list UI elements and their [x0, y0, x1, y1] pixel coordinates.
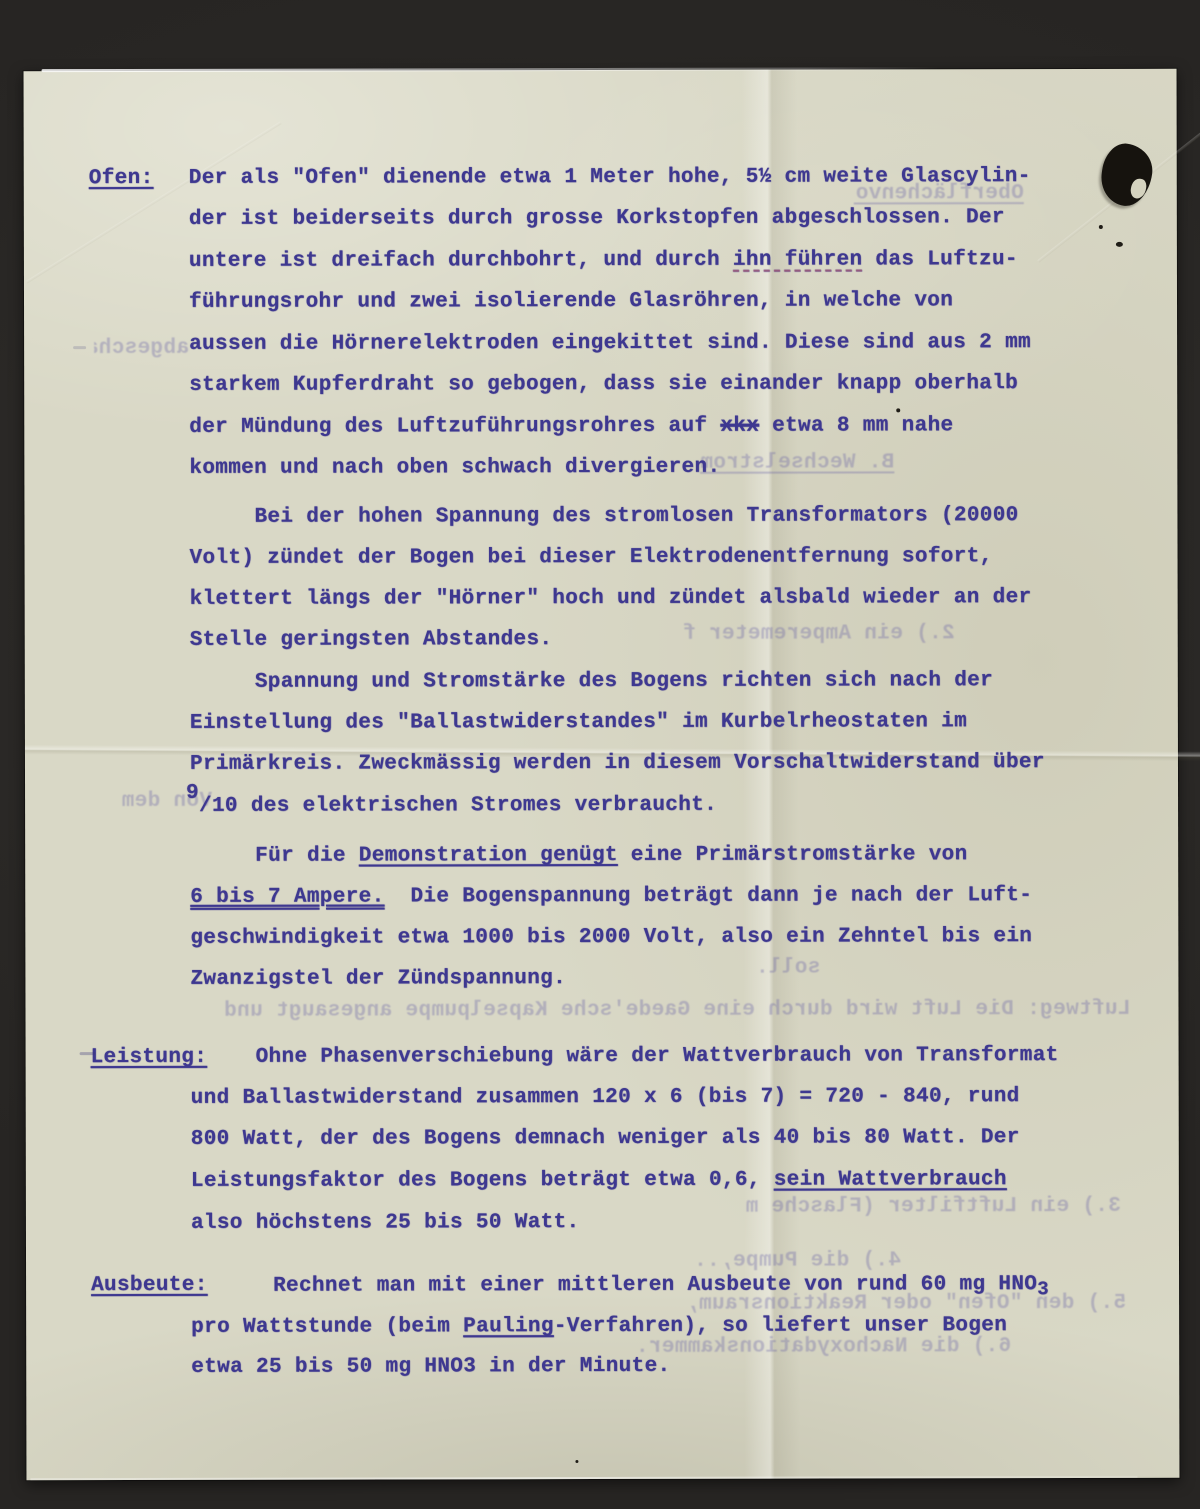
text-run: Spannung und Stromstärke des Bogens rich… [255, 669, 993, 694]
text-line: also höchstens 25 bis 50 Watt. [191, 1208, 580, 1239]
text-run: Volt) zündet der Bogen bei dieser Elektr… [190, 545, 993, 570]
text-line: der Mündung des Luftzuführungsrohres auf… [189, 411, 953, 443]
text-run: pro Wattstunde (beim [191, 1315, 463, 1339]
text-line: führungsrohr und zwei isolierende Glasrö… [189, 286, 953, 318]
text-run: /10 des elektrischen Stromes verbraucht. [199, 794, 717, 818]
ink-speck [1099, 225, 1103, 229]
text-line: 800 Watt, der des Bogens demnach weniger… [191, 1123, 1020, 1155]
text-run: untere ist dreifach durchbohrt, und durc… [189, 249, 733, 273]
ink-speck [896, 408, 900, 412]
text-line: der ist beiderseits durch grosse Korksto… [189, 203, 1005, 235]
text-line: etwa 25 bis 50 mg HNO3 in der Minute. [191, 1352, 670, 1383]
text-run: geschwindigkeit etwa 1000 bis 2000 Volt,… [190, 925, 1032, 950]
text-run: aussen die Hörnerelektroden eingekittet … [189, 331, 1031, 356]
text-run: klettert längs der "Hörner" hoch und zün… [190, 586, 1032, 611]
pen-dash-mark [80, 1052, 96, 1055]
text-line: und Ballastwiderstand zusammen 120 x 6 (… [191, 1082, 1020, 1114]
text-run: eine Primärstromstärke von [618, 843, 968, 867]
bleedthrough-layer: Oberflächenvorgabgeschal-B. Wechselstrom… [24, 69, 1177, 71]
text-line: 9/10 des elektrischen Stromes verbraucht… [186, 791, 717, 822]
text-run: Leistungsfaktor des Bogens beträgt etwa … [191, 1169, 774, 1193]
text-line: Der als "Ofen" dienende etwa 1 Meter hoh… [189, 162, 1031, 194]
text-run: und Ballastwiderstand zusammen 120 x 6 (… [191, 1085, 1020, 1110]
text-run: kommen und nach oben schwach divergieren… [189, 456, 720, 480]
text-run: Der als "Ofen" dienende etwa 1 Meter hoh… [189, 165, 1031, 190]
text-run: Demonstration genügt [359, 844, 618, 868]
text-run: 3 [1037, 1274, 1049, 1304]
bleedthrough-text: 3.) ein Luftfilter (Flasche m [746, 1195, 1121, 1219]
text-line: Bei der hohen Spannung des stromlosen Tr… [254, 501, 1018, 533]
section-label-ausbeute: Ausbeute: [91, 1271, 208, 1301]
text-line: geschwindigkeit etwa 1000 bis 2000 Volt,… [190, 922, 1032, 954]
bleedthrough-text: abgeschal- [94, 337, 189, 360]
text-line: Zwanzigstel der Zündspannung. [190, 964, 566, 995]
text-run: xkx [720, 415, 759, 438]
text-run: 800 Watt, der des Bogens demnach weniger… [191, 1126, 1020, 1151]
bleedthrough-text: Luftweg: Die Luft wird durch eine Gaede'… [130, 998, 1130, 1023]
text-run: Stelle geringsten Abstandes. [190, 628, 553, 652]
text-run: Leistung: [91, 1046, 208, 1069]
text-run: das Luftzu- [862, 248, 1017, 271]
text-line: untere ist dreifach durchbohrt, und durc… [189, 245, 1018, 277]
bleedthrough-text: B. Wechselstrom [699, 451, 894, 474]
bleedthrough-text: 2.) ein Amperemeter f [575, 622, 955, 646]
text-run: Die Bogenspannung beträgt dann je nach d… [385, 884, 1033, 908]
text-run: führungsrohr und zwei isolierende Glasrö… [189, 289, 953, 314]
text-run: Primärkreis. Zweckmässig werden in diese… [190, 751, 1045, 776]
text-run: sein Wattverbrauch [774, 1168, 1007, 1191]
text-run: etwa 8 mm nahe [759, 414, 953, 437]
text-run: Einstellung des "Ballastwiderstandes" im… [190, 710, 967, 735]
text-line: Spannung und Stromstärke des Bogens rich… [255, 666, 993, 698]
section-label-ofen: Ofen: [89, 164, 154, 194]
text-line: klettert längs der "Hörner" hoch und zün… [190, 583, 1032, 615]
text-line: Einstellung des "Ballastwiderstandes" im… [190, 707, 967, 739]
text-run: Ofen: [89, 167, 154, 190]
text-run: Ausbeute: [91, 1274, 208, 1297]
text-line: Für die Demonstration genügt eine Primär… [255, 840, 967, 871]
text-line: Rechnet man mit einer mittleren Ausbeute… [273, 1269, 1049, 1302]
text-run: 9 [186, 779, 199, 809]
text-line: Ohne Phasenverschiebung wäre der Wattver… [256, 1041, 1059, 1073]
text-run: -Verfahren), so liefert unser Bogen [554, 1314, 1007, 1338]
pen-dash-mark [73, 346, 86, 349]
text-run: Für die [255, 845, 359, 868]
text-run: also höchstens 25 bis 50 Watt. [191, 1211, 580, 1235]
ink-blot [1098, 141, 1156, 209]
text-line: Primärkreis. Zweckmässig werden in diese… [190, 748, 1045, 780]
text-line: 6 bis 7 Ampere. Die Bogenspannung beträg… [190, 881, 1032, 913]
section-label-leistung: Leistung: [91, 1043, 208, 1073]
text-run: etwa 25 bis 50 mg HNO3 in der Minute. [191, 1355, 670, 1379]
ink-speck [1116, 242, 1123, 247]
text-run: 6 bis 7 Ampere. [190, 885, 384, 908]
text-run: starkem Kupferdraht so gebogen, dass sie… [189, 372, 1018, 397]
text-run: der Mündung des Luftzuführungsrohres auf [189, 415, 720, 439]
text-run: der ist beiderseits durch grosse Korksto… [189, 206, 1005, 231]
text-line: pro Wattstunde (beim Pauling-Verfahren),… [191, 1311, 1007, 1343]
text-run: Rechnet man mit einer mittleren Ausbeute… [273, 1273, 1037, 1298]
bleedthrough-text: soll. [758, 957, 820, 980]
text-line: Leistungsfaktor des Bogens beträgt etwa … [191, 1165, 1007, 1197]
text-line: Stelle geringsten Abstandes. [190, 625, 553, 656]
typewritten-text-layer: Ofen:Der als "Ofen" dienende etwa 1 Mete… [24, 69, 1177, 71]
text-run: Zwanzigstel der Zündspannung. [190, 967, 566, 991]
ink-speck [575, 1460, 578, 1463]
text-run: Pauling [463, 1315, 554, 1338]
text-line: Volt) zündet der Bogen bei dieser Elektr… [190, 542, 993, 574]
text-run: Bei der hohen Spannung des stromlosen Tr… [254, 504, 1018, 529]
text-line: starkem Kupferdraht so gebogen, dass sie… [189, 369, 1018, 401]
paper: Oberflächenvorgabgeschal-B. Wechselstrom… [24, 69, 1180, 1480]
text-line: aussen die Hörnerelektroden eingekittet … [189, 328, 1031, 360]
marks-layer [24, 69, 1177, 71]
ink-blot-notch [1130, 178, 1148, 200]
text-line: kommen und nach oben schwach divergieren… [189, 453, 720, 484]
text-run: Ohne Phasenverschiebung wäre der Wattver… [256, 1044, 1059, 1069]
text-run: ihn führen [733, 248, 863, 271]
